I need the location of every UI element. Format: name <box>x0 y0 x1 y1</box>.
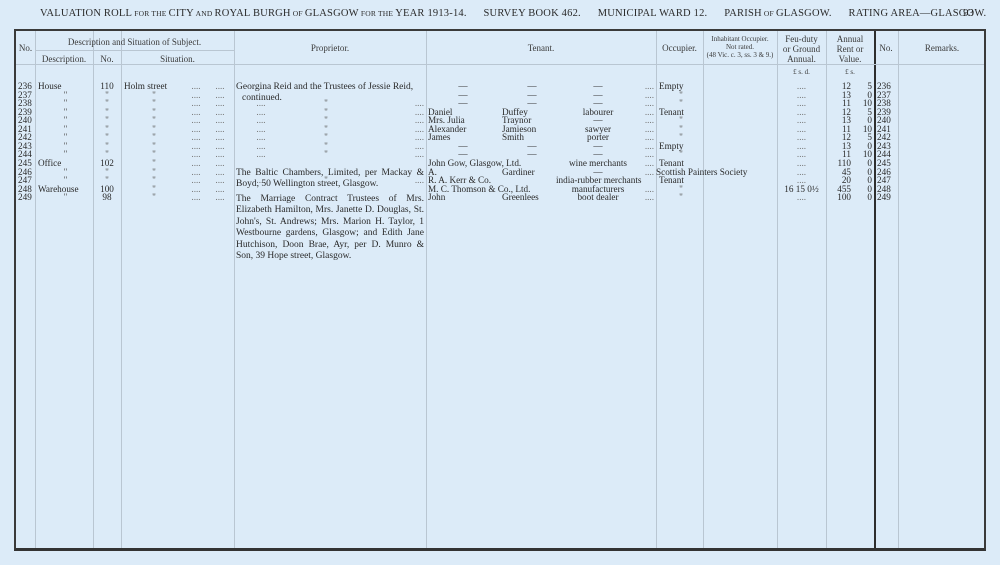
row-number-right: 249 <box>877 193 899 202</box>
header-no-right: No. <box>874 43 898 53</box>
header-tenant: Tenant. <box>426 43 656 53</box>
col-rule <box>35 31 36 548</box>
proprietor-text: The Marriage Contract Trustees of Mrs. E… <box>236 194 424 262</box>
header-proprietor: Proprietor. <box>234 43 426 53</box>
subheader-rule <box>35 50 234 51</box>
title-part: ROYAL BURGH <box>215 8 291 19</box>
occupier-status: " <box>659 193 703 202</box>
header-line: Annual. <box>777 54 826 64</box>
rent-pounds: 100 <box>826 193 851 202</box>
leader-dots: .... <box>634 193 654 202</box>
row-number: 249 <box>18 193 35 202</box>
tenant-last-name: Greenlees <box>502 193 562 202</box>
valuation-table: No. Description and Situation of Subject… <box>14 29 986 551</box>
tenant-occupation: boot dealer <box>556 193 640 202</box>
page-number: 93 <box>963 8 974 19</box>
header-annual-rent: Annual Rent or Value. <box>826 34 874 64</box>
header-line: Value. <box>826 54 874 64</box>
survey-book: SURVEY BOOK 462. <box>484 8 581 19</box>
title-part: GLASGOW <box>305 8 359 19</box>
municipal-ward: MUNICIPAL WARD 12. <box>598 8 708 19</box>
row-street-number: 98 <box>93 193 121 202</box>
header-situation: Situation. <box>121 54 234 64</box>
col-rule <box>656 31 657 548</box>
proprietor-reid: Georgina Reid and the Trustees of Jessie… <box>236 82 424 105</box>
header-line: Not rated. <box>703 43 777 51</box>
header-feu-duty: Feu-duty or Ground Annual. <box>777 34 826 64</box>
header-description: Description. <box>35 54 93 64</box>
rent-units: £ s. <box>826 68 874 76</box>
row-situation: " <box>124 193 184 202</box>
leader-dots: .... <box>184 193 208 202</box>
proprietor-text: Georgina Reid and the Trustees of Jessie… <box>236 82 424 93</box>
header-line: Feu-duty <box>777 34 826 44</box>
title-part: OF <box>291 9 305 18</box>
parish-of: OF <box>762 9 776 18</box>
ditto-mark: " <box>306 150 346 159</box>
feu-duty-value: .... <box>777 193 826 202</box>
header-rule <box>16 64 984 65</box>
tenant-first-name: John <box>428 193 498 202</box>
title-part: FOR THE <box>132 9 168 18</box>
header-no: No. <box>16 43 35 53</box>
leader-dots: .... <box>236 150 286 159</box>
col-rule <box>234 31 235 548</box>
header-line: Rent or <box>826 44 874 54</box>
header-desc-no: No. <box>93 54 121 64</box>
title-part: YEAR 1913-14. <box>395 8 466 19</box>
col-rule <box>426 31 427 548</box>
leader-dots: .... <box>208 193 232 202</box>
page-title: VALUATION ROLL FOR THE CITY AND ROYAL BU… <box>40 8 980 19</box>
title-part: AND <box>194 9 215 18</box>
header-line: Inhabitant Occupier. <box>703 35 777 43</box>
feu-units: £ s. d. <box>777 68 826 76</box>
header-line: (48 Vic. c. 3, ss. 3 & 9.) <box>703 51 777 59</box>
title-part: FOR THE <box>359 9 395 18</box>
title-part: VALUATION ROLL <box>40 8 132 19</box>
proprietor-baltic: The Baltic Chambers, Limited, per Mackay… <box>236 168 424 191</box>
proprietor-marriage-trustees: The Marriage Contract Trustees of Mrs. E… <box>236 194 424 262</box>
roll-title: VALUATION ROLL FOR THE CITY AND ROYAL BU… <box>40 8 470 19</box>
header-line: or Ground <box>777 44 826 54</box>
parish-name: GLASGOW. <box>776 8 832 19</box>
proprietor-continued: continued. <box>236 93 424 104</box>
title-part: CITY <box>169 8 194 19</box>
leader-dots: .... <box>384 150 424 159</box>
header-description-group: Description and Situation of Subject. <box>35 37 234 47</box>
col-rule <box>121 31 122 548</box>
col-rule <box>703 31 704 548</box>
header-line: Annual <box>826 34 874 44</box>
header-remarks: Remarks. <box>898 43 986 53</box>
parish-label: PARISH <box>724 8 762 19</box>
header-occupier: Occupier. <box>656 43 703 53</box>
col-rule-heavy <box>874 31 876 548</box>
row-description: " <box>38 193 93 202</box>
parish: PARISH OF GLASGOW. <box>724 8 832 19</box>
header-inhabitant-occupier: Inhabitant Occupier. Not rated. (48 Vic.… <box>703 35 777 59</box>
rent-shillings: 0 <box>854 193 872 202</box>
proprietor-text: The Baltic Chambers, Limited, per Mackay… <box>236 168 424 191</box>
